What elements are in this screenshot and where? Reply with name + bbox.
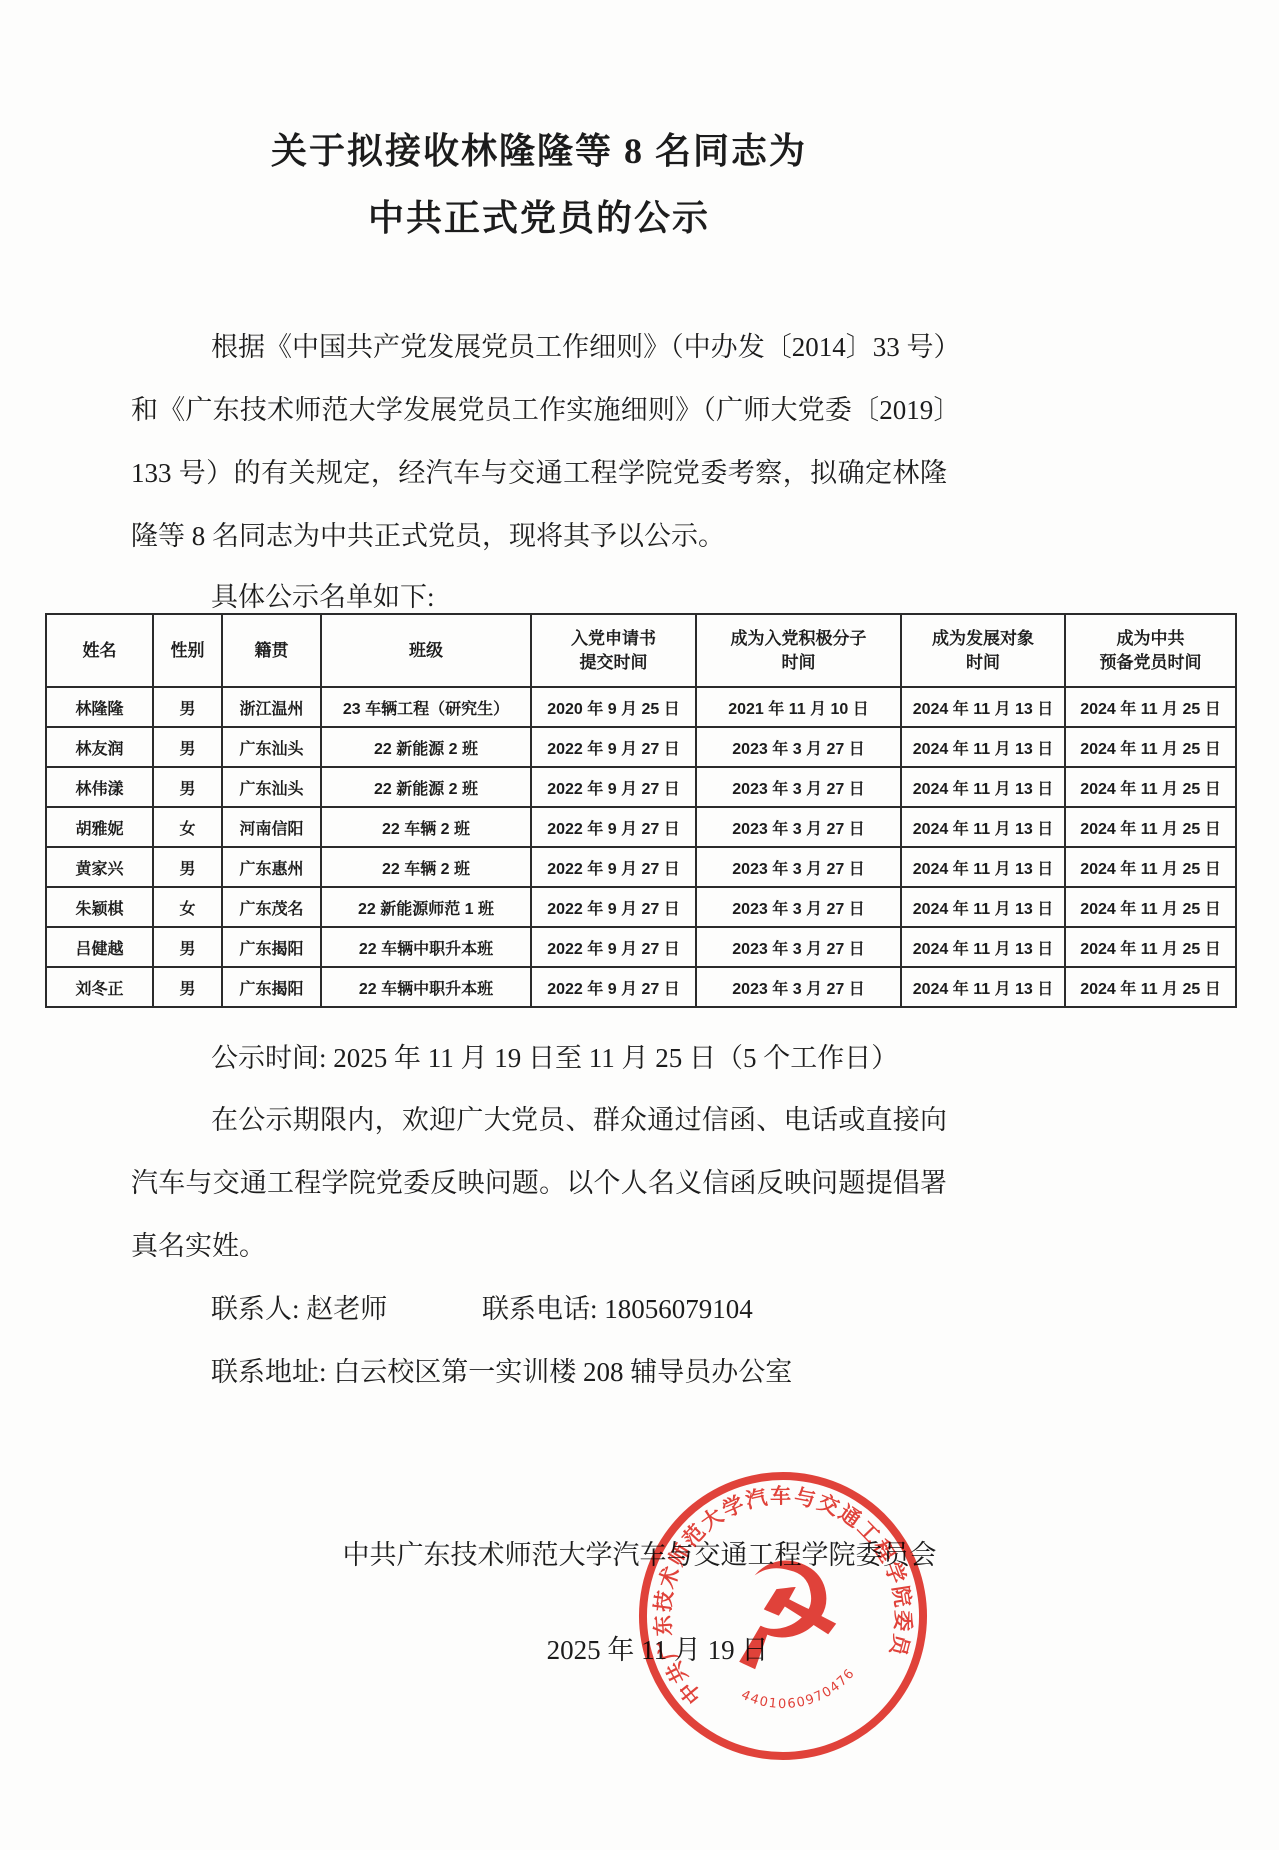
table-row: 林隆隆男浙江温州23 车辆工程（研究生）2020 年 9 月 25 日2021 … <box>46 687 1236 727</box>
roster-table-header: 姓名 性别 籍贯 班级 入党申请书 提交时间 成为入党积极分子 时间 成为发展对… <box>46 614 1236 687</box>
document-title-line-1: 关于拟接收林隆隆等 8 名同志为 <box>131 128 947 174</box>
table-cell: 2023 年 3 月 27 日 <box>696 847 901 887</box>
stamp-serial-wrap: 4401060970476 <box>736 1664 863 1721</box>
table-cell: 2021 年 11 月 10 日 <box>696 687 901 727</box>
table-cell: 吕健越 <box>46 927 153 967</box>
signature-organization: 中共广东技术师范大学汽车与交通工程学院委员会 <box>0 1535 1279 1575</box>
contact-person: 联系人: 赵老师 <box>211 1294 387 1324</box>
table-cell: 女 <box>153 807 222 847</box>
table-cell: 2024 年 11 月 25 日 <box>1065 847 1236 887</box>
table-cell: 2020 年 9 月 25 日 <box>531 687 696 727</box>
table-cell: 23 车辆工程（研究生） <box>321 687 531 727</box>
table-cell: 2024 年 11 月 13 日 <box>901 847 1065 887</box>
table-row: 刘冬正男广东揭阳22 车辆中职升本班2022 年 9 月 27 日2023 年 … <box>46 967 1236 1007</box>
table-cell: 2023 年 3 月 27 日 <box>696 767 901 807</box>
stamp-ring-text: 中共广东技术师范大学汽车与交通工程学院委员会 <box>633 1466 926 1717</box>
official-seal-graphic: ☭ 中共广东技术师范大学汽车与交通工程学院委员会 4401060970476 <box>633 1466 933 1766</box>
header-hometown: 籍贯 <box>222 614 321 687</box>
table-cell: 22 新能源 2 班 <box>321 767 531 807</box>
table-cell: 2024 年 11 月 25 日 <box>1065 767 1236 807</box>
table-cell: 2024 年 11 月 25 日 <box>1065 687 1236 727</box>
table-cell: 2024 年 11 月 25 日 <box>1065 727 1236 767</box>
table-cell: 2024 年 11 月 25 日 <box>1065 807 1236 847</box>
table-cell: 2024 年 11 月 25 日 <box>1065 927 1236 967</box>
feedback-paragraph: 在公示期限内，欢迎广大党员、群众通过信函、电话或直接向汽车与交通工程学院党委反映… <box>131 1089 947 1278</box>
official-seal: ☭ 中共广东技术师范大学汽车与交通工程学院委员会 4401060970476 <box>633 1466 933 1766</box>
table-cell: 2024 年 11 月 25 日 <box>1065 967 1236 1007</box>
table-cell: 22 车辆 2 班 <box>321 847 531 887</box>
table-cell: 男 <box>153 967 222 1007</box>
table-cell: 2022 年 9 月 27 日 <box>531 767 696 807</box>
table-cell: 胡雅妮 <box>46 807 153 847</box>
table-row: 林伟漾男广东汕头22 新能源 2 班2022 年 9 月 27 日2023 年 … <box>46 767 1236 807</box>
document-page: 关于拟接收林隆隆等 8 名同志为 中共正式党员的公示 根据《中国共产党发展党员工… <box>0 0 1279 1850</box>
header-activist-date: 成为入党积极分子 时间 <box>696 614 901 687</box>
table-cell: 22 车辆中职升本班 <box>321 927 531 967</box>
intro-paragraph: 根据《中国共产党发展党员工作细则》（中办发〔2014〕33 号）和《广东技术师范… <box>131 316 947 568</box>
table-cell: 2024 年 11 月 13 日 <box>901 727 1065 767</box>
table-row: 林友润男广东汕头22 新能源 2 班2022 年 9 月 27 日2023 年 … <box>46 727 1236 767</box>
table-row: 吕健越男广东揭阳22 车辆中职升本班2022 年 9 月 27 日2023 年 … <box>46 927 1236 967</box>
table-cell: 2023 年 3 月 27 日 <box>696 727 901 767</box>
contact-line: 联系人: 赵老师 联系电话: 18056079104 <box>131 1289 1027 1329</box>
table-cell: 林伟漾 <box>46 767 153 807</box>
table-cell: 2023 年 3 月 27 日 <box>696 807 901 847</box>
table-cell: 男 <box>153 847 222 887</box>
roster-table-body: 林隆隆男浙江温州23 车辆工程（研究生）2020 年 9 月 25 日2021 … <box>46 687 1236 1007</box>
table-cell: 广东茂名 <box>222 887 321 927</box>
table-cell: 2022 年 9 月 27 日 <box>531 887 696 927</box>
table-cell: 刘冬正 <box>46 967 153 1007</box>
table-cell: 广东惠州 <box>222 847 321 887</box>
list-intro-line: 具体公示名单如下: <box>131 577 1027 617</box>
contact-phone: 联系电话: 18056079104 <box>482 1289 753 1329</box>
publicity-period-line: 公示时间: 2025 年 11 月 19 日至 11 月 25 日（5 个工作日… <box>131 1038 1027 1078</box>
table-cell: 林隆隆 <box>46 687 153 727</box>
table-cell: 林友润 <box>46 727 153 767</box>
stamp-ring <box>633 1466 933 1766</box>
table-cell: 2022 年 9 月 27 日 <box>531 967 696 1007</box>
table-cell: 22 新能源 2 班 <box>321 727 531 767</box>
header-development-date: 成为发展对象 时间 <box>901 614 1065 687</box>
roster-table: 姓名 性别 籍贯 班级 入党申请书 提交时间 成为入党积极分子 时间 成为发展对… <box>45 613 1237 1008</box>
table-cell: 广东汕头 <box>222 727 321 767</box>
table-cell: 广东汕头 <box>222 767 321 807</box>
header-gender: 性别 <box>153 614 222 687</box>
table-cell: 男 <box>153 727 222 767</box>
header-application-date: 入党申请书 提交时间 <box>531 614 696 687</box>
header-name: 姓名 <box>46 614 153 687</box>
table-cell: 黄家兴 <box>46 847 153 887</box>
signature-date: 2025 年 11 月 19 日 <box>18 1630 1279 1670</box>
stamp-serial-text: 4401060970476 <box>736 1664 863 1721</box>
table-cell: 2022 年 9 月 27 日 <box>531 727 696 767</box>
header-row: 姓名 性别 籍贯 班级 入党申请书 提交时间 成为入党积极分子 时间 成为发展对… <box>46 614 1236 687</box>
header-class: 班级 <box>321 614 531 687</box>
table-row: 胡雅妮女河南信阳22 车辆 2 班2022 年 9 月 27 日2023 年 3… <box>46 807 1236 847</box>
table-cell: 2024 年 11 月 13 日 <box>901 687 1065 727</box>
table-cell: 广东揭阳 <box>222 927 321 967</box>
table-cell: 2023 年 3 月 27 日 <box>696 887 901 927</box>
table-cell: 2024 年 11 月 13 日 <box>901 767 1065 807</box>
table-cell: 女 <box>153 887 222 927</box>
table-cell: 2022 年 9 月 27 日 <box>531 927 696 967</box>
table-cell: 2024 年 11 月 13 日 <box>901 927 1065 967</box>
table-cell: 2024 年 11 月 25 日 <box>1065 887 1236 927</box>
table-cell: 22 车辆 2 班 <box>321 807 531 847</box>
table-cell: 男 <box>153 687 222 727</box>
table-cell: 22 车辆中职升本班 <box>321 967 531 1007</box>
table-cell: 2024 年 11 月 13 日 <box>901 967 1065 1007</box>
table-cell: 广东揭阳 <box>222 967 321 1007</box>
table-cell: 2024 年 11 月 13 日 <box>901 807 1065 847</box>
table-cell: 22 新能源师范 1 班 <box>321 887 531 927</box>
table-cell: 男 <box>153 767 222 807</box>
table-row: 黄家兴男广东惠州22 车辆 2 班2022 年 9 月 27 日2023 年 3… <box>46 847 1236 887</box>
table-cell: 2024 年 11 月 13 日 <box>901 887 1065 927</box>
table-cell: 2023 年 3 月 27 日 <box>696 927 901 967</box>
table-cell: 2023 年 3 月 27 日 <box>696 967 901 1007</box>
header-probationary-date: 成为中共 预备党员时间 <box>1065 614 1236 687</box>
table-cell: 浙江温州 <box>222 687 321 727</box>
stamp-ring-text-wrap: 中共广东技术师范大学汽车与交通工程学院委员会 <box>633 1466 926 1717</box>
table-cell: 朱颖棋 <box>46 887 153 927</box>
table-cell: 男 <box>153 927 222 967</box>
table-cell: 2022 年 9 月 27 日 <box>531 847 696 887</box>
table-row: 朱颖棋女广东茂名22 新能源师范 1 班2022 年 9 月 27 日2023 … <box>46 887 1236 927</box>
table-cell: 2022 年 9 月 27 日 <box>531 807 696 847</box>
table-cell: 河南信阳 <box>222 807 321 847</box>
document-title-line-2: 中共正式党员的公示 <box>131 195 947 241</box>
contact-address: 联系地址: 白云校区第一实训楼 208 辅导员办公室 <box>131 1352 1027 1392</box>
